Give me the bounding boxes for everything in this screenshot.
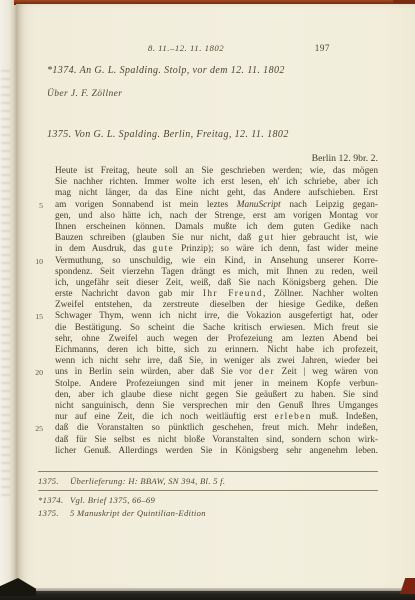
letter-line: Sie nachher richten. Immer wolte ich ers… <box>55 177 378 188</box>
apparatus-rule-top <box>38 471 378 472</box>
line-number: 10 <box>31 257 43 267</box>
letter-line: die Bestätigung. So scheint die Sache kr… <box>55 323 378 334</box>
letter-1374-regest: Über J. F. Zöllner <box>47 89 122 99</box>
letter-line: daß für Sie selbst es nicht bloße Vorans… <box>55 435 378 446</box>
book-page-photo: 8. 11.–12. 11. 1802 197 *1374. An G. L. … <box>0 0 415 600</box>
letter-line-text: die Bestätigung. So scheint die Sache kr… <box>55 323 378 334</box>
letter-line: nicht sanguinisch, denn Sie versprechen … <box>55 401 378 412</box>
running-head: 8. 11.–12. 11. 1802 <box>55 43 317 53</box>
letter-line-text: daß für Sie selbst es nicht bloße Vorans… <box>55 435 378 446</box>
letter-line-text: mag nicht länger, da das Eine nicht geht… <box>55 188 378 199</box>
letter-line: den, aber ich glaube diese nicht gegen S… <box>55 390 378 401</box>
letter-line: ich, ungefähr seit dieser Zeit, weiß, da… <box>55 278 378 289</box>
letter-line: Heute ist Freitag, heute soll an Sie ges… <box>55 166 378 177</box>
letter-line: 5am vorigen Sonnabend ist mein leztes Ma… <box>55 200 378 211</box>
letter-line: 25daß die Voranstalten so pünktlich gesc… <box>55 423 378 434</box>
letter-line-text: Ihnen erscheinen können. Damals mußte ic… <box>55 222 378 233</box>
apparatus-transmission-row: 1375.Überlieferung: H: BBAW, SN 394, Bl.… <box>38 476 378 486</box>
letter-dateline: Berlin 12. 9br. 2. <box>55 153 378 164</box>
letter-line-text: erste Nachricht davon gab mir Ihr Freund… <box>55 289 378 300</box>
letter-line-text: daß die Voranstalten so pünktlich gesche… <box>55 423 378 434</box>
letter-line-text: nur auf eine Zeit, die ich noch weitläuf… <box>55 412 378 423</box>
letter-line-text: Heute ist Freitag, heute soll an Sie ges… <box>55 166 378 177</box>
letter-line: licher Genuß. Allerdings werden Sie in K… <box>55 446 378 457</box>
facing-page-edge <box>0 0 16 600</box>
letter-line: erste Nachricht davon gab mir Ihr Freund… <box>55 289 378 300</box>
apparatus-note-text: Vgl. Brief 1375, 66–69 <box>70 495 155 505</box>
letter-line-text: ich, ungefähr seit dieser Zeit, weiß, da… <box>55 278 378 289</box>
letter-line-text: Vermuthung, so unschuldig, wie ein Kind,… <box>55 256 378 267</box>
line-number: 20 <box>31 368 43 378</box>
line-number: 15 <box>31 312 43 322</box>
apparatus-note-row: 1375.5 Manuskript der Quintilian-Edition <box>38 508 378 521</box>
line-number: 25 <box>31 424 43 434</box>
page-number: 197 <box>285 43 330 53</box>
letter-line-text: Bauzen schreiben (glauben Sie nur nicht,… <box>55 233 378 244</box>
letter-1374-heading: *1374. An G. L. Spalding. Stolp, vor dem… <box>47 65 285 76</box>
letter-line-text: Sie nachher richten. Immer wolte ich ers… <box>55 177 378 188</box>
book-bottom-edge <box>0 591 415 600</box>
letter-line: Zweifel entstehen, da zerstreute dieselb… <box>55 300 378 311</box>
line-number: 5 <box>31 201 43 211</box>
letter-line: sehr, ohne Zweifel auch wegen der Profez… <box>55 334 378 345</box>
letter-line-text: am vorigen Sonnabend ist mein leztes Man… <box>55 200 378 211</box>
apparatus-notes: *1374.Vgl. Brief 1375, 66–691375.5 Manus… <box>38 495 378 521</box>
letter-line: 20uns in Berlin sein würden, aber daß Si… <box>55 367 378 378</box>
letter-line-text: licher Genuß. Allerdings werden Sie in K… <box>55 446 378 457</box>
apparatus-note-label: *1374. <box>38 495 70 505</box>
letter-line-text: Eichmanns, deren ich bitte, sich zu erin… <box>55 345 378 356</box>
letter-line: wenn ich nicht sehr irre, daß Sie, in we… <box>55 356 378 367</box>
letter-line: Bauzen schreiben (glauben Sie nur nicht,… <box>55 233 378 244</box>
letter-line: spondenz. Seit vierzehn Tagen drängt es … <box>55 267 378 278</box>
letter-1375-heading: 1375. Von G. L. Spalding. Berlin, Freita… <box>47 129 289 140</box>
letter-line-text: sehr, ohne Zweifel auch wegen der Profez… <box>55 334 378 345</box>
letter-line-text: uns in Berlin sein würden, aber daß Sie … <box>55 367 378 378</box>
letter-line: gen, und also hätte ich, nach der Streng… <box>55 211 378 222</box>
apparatus-rule-bottom <box>38 490 378 491</box>
apparatus-note-label: 1375. <box>38 508 70 518</box>
apparatus-note-text: 5 Manuskript der Quintilian-Edition <box>70 508 206 518</box>
letter-line: Eichmanns, deren ich bitte, sich zu erin… <box>55 345 378 356</box>
facing-page-showthrough-text <box>1 70 10 500</box>
letter-line: nur auf eine Zeit, die ich noch weitläuf… <box>55 412 378 423</box>
letter-line-text: Schwager Thym, wenn ich nicht irre, die … <box>55 311 378 322</box>
apparatus-note-row: *1374.Vgl. Brief 1375, 66–69 <box>38 495 378 508</box>
apparatus-transmission-text: Überlieferung: H: BBAW, SN 394, Bl. 5 f. <box>70 476 225 486</box>
apparatus-transmission-label: 1375. <box>38 476 70 486</box>
letter-line: 10Vermuthung, so unschuldig, wie ein Kin… <box>55 256 378 267</box>
letter-line: Ihnen erscheinen können. Damals mußte ic… <box>55 222 378 233</box>
letter-line-text: in dem Ausdruk, das gute Prinzip); so wä… <box>55 244 378 255</box>
letter-line-text: nicht sanguinisch, denn Sie versprechen … <box>55 401 378 412</box>
letter-line-text: den, aber ich glaube diese nicht gegen S… <box>55 390 378 401</box>
letter-line: 15Schwager Thym, wenn ich nicht irre, di… <box>55 311 378 322</box>
letter-body: Heute ist Freitag, heute soll an Sie ges… <box>55 166 378 457</box>
letter-line-text: wenn ich nicht sehr irre, daß Sie, in we… <box>55 356 378 367</box>
letter-line: Stolpe. Andere Profezeiungen sind mit je… <box>55 379 378 390</box>
letter-line-text: gen, und also hätte ich, nach der Streng… <box>55 211 378 222</box>
letter-line-text: spondenz. Seit vierzehn Tagen drängt es … <box>55 267 378 278</box>
letter-line-text: Zweifel entstehen, da zerstreute dieselb… <box>55 300 378 311</box>
letter-line: mag nicht länger, da das Eine nicht geht… <box>55 188 378 199</box>
letter-line-text: Stolpe. Andere Profezeiungen sind mit je… <box>55 379 378 390</box>
letter-line: in dem Ausdruk, das gute Prinzip); so wä… <box>55 244 378 255</box>
